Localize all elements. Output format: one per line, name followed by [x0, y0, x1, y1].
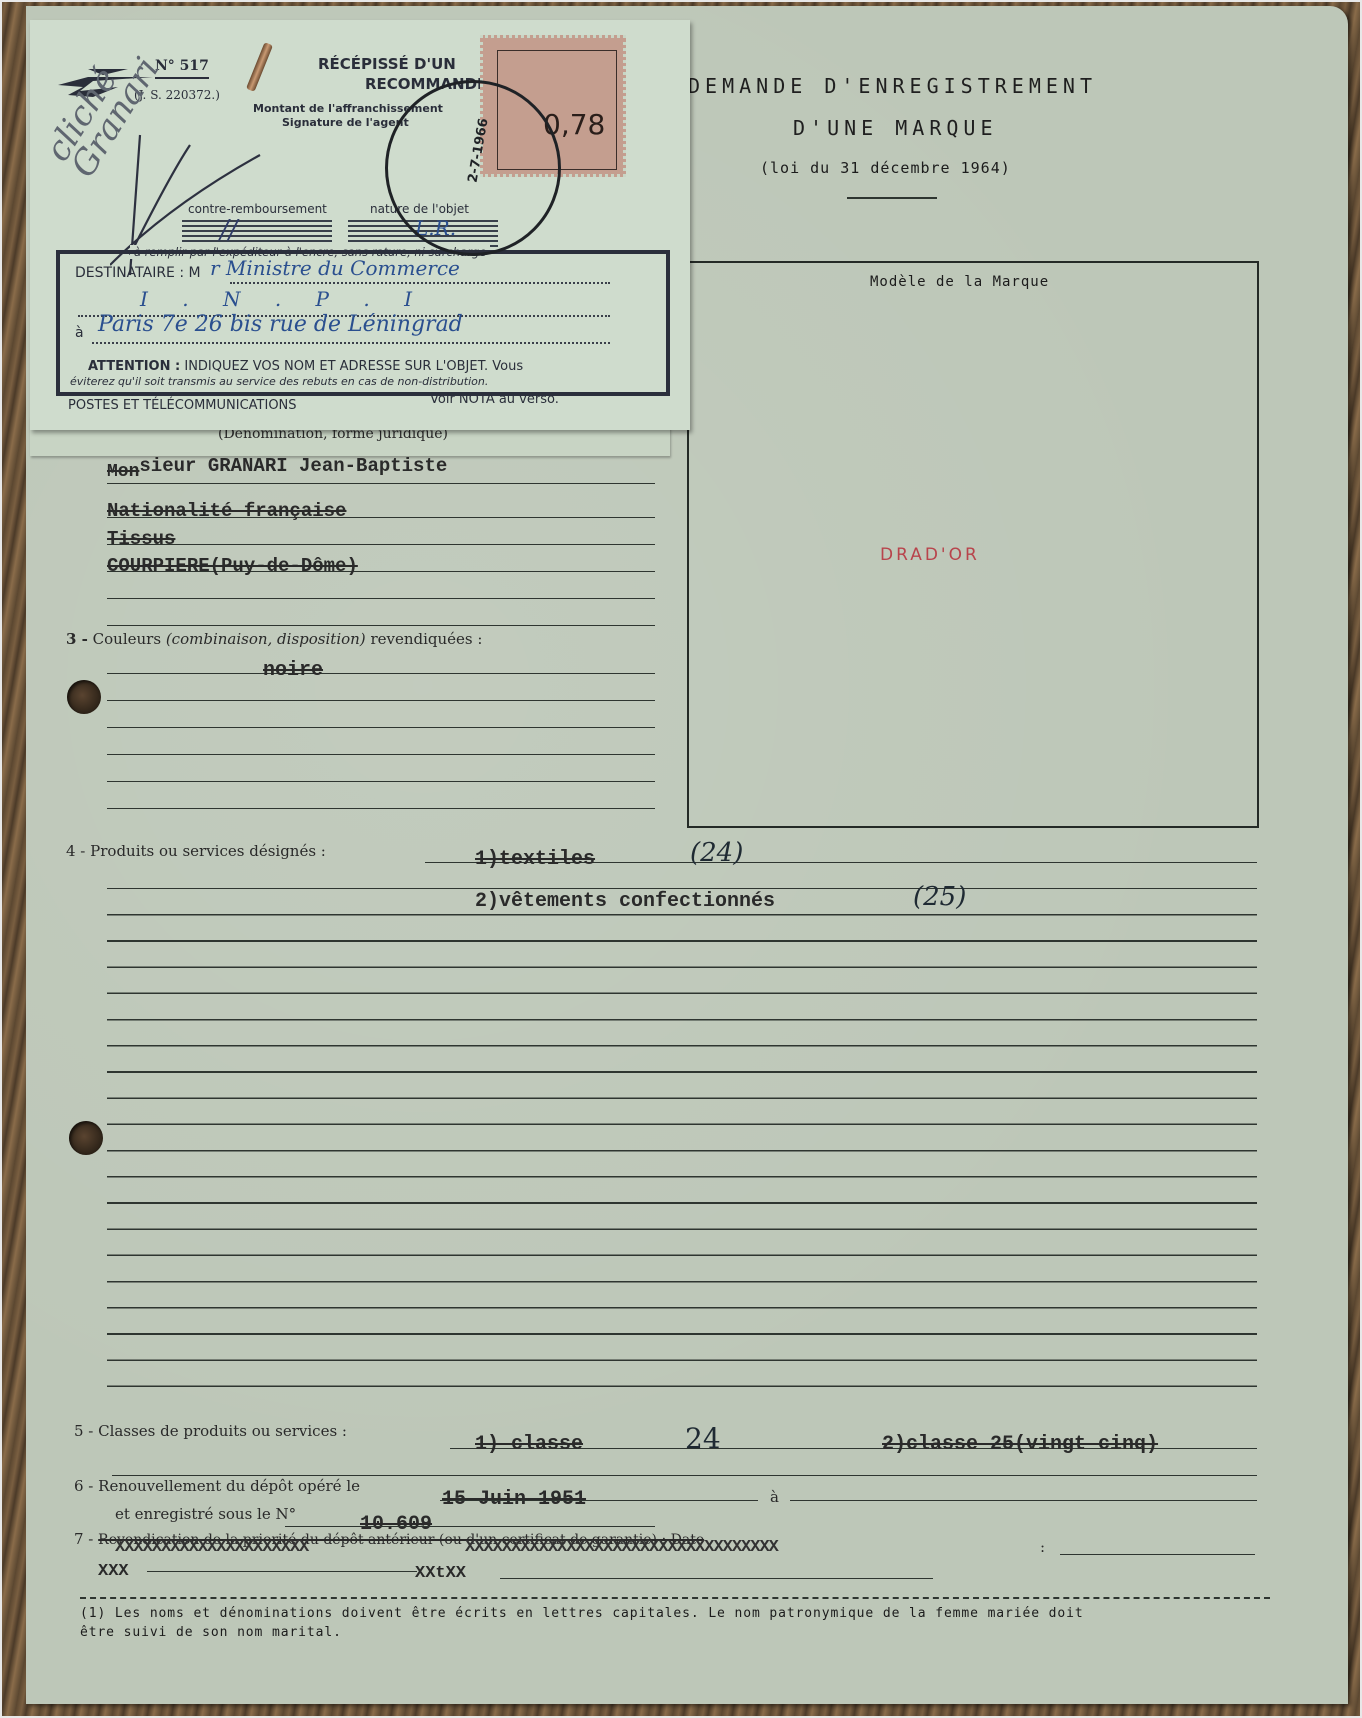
- applicant-line-5: [107, 598, 655, 599]
- postmark-icon: 2-7-1966: [385, 80, 561, 256]
- footnote-line-1: (1) Les noms et dénominations doivent êt…: [80, 1606, 1084, 1621]
- section4-item-2: 2)vêtements confectionnés: [475, 890, 775, 913]
- applicant-nationality: Nationalité française: [107, 500, 346, 522]
- section3-line-2: [107, 700, 655, 701]
- section5-item-2: 2)classe 25(vingt cinq): [882, 1433, 1158, 1456]
- section5-item-1: 1) classe: [475, 1433, 583, 1456]
- applicant-line-6: [107, 625, 655, 626]
- punch-hole-bottom: [69, 1121, 103, 1155]
- section3-label-a: Couleurs: [93, 630, 161, 648]
- staple: [246, 42, 273, 92]
- section3-num: 3 -: [66, 630, 88, 648]
- attention-text-2: éviterez qu'il soit transmis au service …: [70, 375, 488, 388]
- products-lined-area: [107, 914, 1257, 1404]
- form-title-line1: DEMANDE D'ENREGISTREMENT: [688, 74, 1108, 98]
- section3-line-1: [107, 673, 655, 674]
- section5-item-1-hand: 24: [685, 1422, 721, 1455]
- section6-place-line: [790, 1500, 1257, 1501]
- registered-mail-receipt: N° 517 (J. S. 220372.) RÉCÉPISSÉ D'UN RE…: [30, 20, 690, 430]
- punch-hole-top: [67, 680, 101, 714]
- section3-line-4: [107, 754, 655, 755]
- applicant-activity: Tissus: [107, 528, 175, 550]
- section5-label: 5 - Classes de produits ou services :: [74, 1422, 347, 1440]
- form-subtitle: (loi du 31 décembre 1964): [760, 159, 1011, 177]
- section7-colon: :: [1040, 1538, 1045, 1556]
- receipt-title-line1: RÉCÉPISSÉ D'UN: [318, 55, 456, 73]
- contre-remboursement-label: contre-remboursement: [188, 202, 327, 216]
- attention-text: INDIQUEZ VOS NOM ET ADRESSE SUR L'OBJET.…: [184, 359, 523, 374]
- applicant-name: sieur GRANARI Jean-Baptiste: [139, 455, 447, 477]
- destinataire-line2-value: I . N . P . I: [140, 287, 426, 311]
- section5-line-2: [112, 1475, 1257, 1476]
- destinataire-row: DESTINATAIRE : M: [75, 265, 201, 281]
- section6-label: 6 - Renouvellement du dépôt opéré le: [74, 1477, 360, 1495]
- form-title-line2: D'UNE MARQUE: [793, 116, 998, 140]
- footnote-separator: [80, 1597, 1270, 1599]
- section4-item-1: 1)textiles: [475, 848, 595, 871]
- section7-xs2: XXXXXXXXXXXXXXXXXXXXXXXXXXXXXXXXXX: [465, 1538, 778, 1557]
- destinataire-value: r Ministre du Commerce: [210, 256, 460, 280]
- section7-lieu: XXtXX: [415, 1564, 466, 1583]
- title-underline: [847, 197, 937, 199]
- section3-label-b: (combinaison, disposition): [166, 630, 366, 648]
- destinataire-line-1[interactable]: r Ministre du Commerce: [230, 260, 610, 284]
- section6-a-label: à: [770, 1488, 779, 1506]
- applicant-name-prefix: Mon: [107, 462, 139, 482]
- attention-label: ATTENTION :: [88, 359, 180, 374]
- section7-line-a: [147, 1571, 417, 1572]
- section7-num: 7 -: [74, 1530, 93, 1548]
- applicant-city: COURPIERE(Puy-de-Dôme): [107, 555, 358, 577]
- destinataire-label: DESTINATAIRE :: [75, 265, 184, 281]
- section7-xxx: XXX: [98, 1562, 129, 1581]
- applicant-name-row: Monsieur GRANARI Jean-Baptiste: [107, 460, 447, 482]
- section7-line-b: [500, 1578, 933, 1579]
- section6-date-line: [440, 1500, 758, 1501]
- address-value: Paris 7e 26 bis rue de Léningrad: [98, 312, 463, 337]
- contre-remboursement-value: //: [220, 215, 238, 245]
- section6-number-line: [285, 1526, 655, 1527]
- applicant-line-1: [107, 483, 655, 484]
- section7-xs1: XXXXXXXXXXXXXXXXXXXXX: [115, 1538, 308, 1557]
- section3-label: 3 - Couleurs (combinaison, disposition) …: [66, 630, 482, 648]
- attention-row: ATTENTION : INDIQUEZ VOS NOM ET ADRESSE …: [88, 359, 523, 374]
- section7-date-line: [1060, 1554, 1255, 1555]
- section4-item-1-note: (24): [690, 838, 743, 868]
- receipt-footer-left: POSTES ET TÉLÉCOMMUNICATIONS: [68, 398, 297, 413]
- section4-item-2-note: (25): [913, 882, 966, 912]
- address-line[interactable]: Paris 7e 26 bis rue de Léningrad: [92, 320, 610, 344]
- section3-value: noire: [263, 659, 323, 682]
- applicant-line-3: [107, 544, 655, 545]
- section3-line-6: [107, 808, 655, 809]
- footnote-line-2: être suivi de son nom marital.: [80, 1625, 342, 1640]
- section3-line-5: [107, 781, 655, 782]
- section4-label: 4 - Produits ou services désignés :: [66, 842, 326, 860]
- receipt-footer-right: Voir NOTA au verso.: [430, 392, 559, 407]
- section4-line-2: [107, 888, 1257, 889]
- section3-label-c: revendiquées :: [370, 630, 482, 648]
- address-a-label: à: [75, 325, 84, 341]
- marque-label: Modèle de la Marque: [870, 274, 1049, 290]
- destinataire-prefix: M: [189, 265, 201, 281]
- postmark-date: 2-7-1966: [466, 117, 492, 184]
- section6-label2: et enregistré sous le N°: [115, 1505, 296, 1523]
- marque-text: DRAD'OR: [880, 545, 980, 565]
- section3-line-3: [107, 727, 655, 728]
